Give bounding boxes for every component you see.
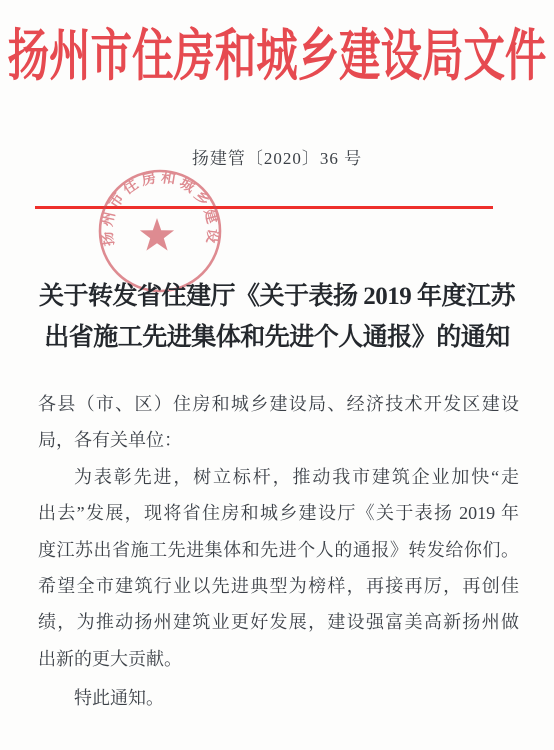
recipient-line: 各县（市、区）住房和城乡建设局、经济技术开发区建设 <box>38 386 519 422</box>
agency-masthead: 扬州市住房和城乡建设局文件 <box>0 10 554 104</box>
paragraph-line: 度江苏出省施工先进集体和先进个人的通报》转发给你们。 <box>38 532 519 568</box>
document-body: 各县（市、区）住房和城乡建设局、经济技术开发区建设 局，各有关单位： 为表彰先进… <box>38 386 519 717</box>
red-divider-rule <box>35 206 493 209</box>
document-title-line1: 关于转发省住建厅《关于表扬 2019 年度江苏 <box>0 276 554 317</box>
paragraph-line: 希望全市建筑行业以先进典型为榜样，再接再厉，再创佳 <box>38 568 519 604</box>
paragraph-line: 为表彰先进，树立标杆，推动我市建筑企业加快“走 <box>38 459 519 495</box>
closing-line: 特此通知。 <box>38 680 519 716</box>
seal-star-icon <box>140 218 174 251</box>
paragraph-line: 出新的更大贡献。 <box>38 641 519 677</box>
document-page: 扬州市住房和城乡建设局文件 扬建管〔2020〕36 号 扬州市住房和城乡建设局 … <box>0 0 554 750</box>
document-number: 扬建管〔2020〕36 号 <box>0 144 554 169</box>
agency-masthead-text: 扬州市住房和城乡建设局文件 <box>8 29 547 85</box>
paragraph-line: 绩，为推动扬州建筑业更好发展，建设强富美高新扬州做 <box>38 604 519 640</box>
document-title: 关于转发省住建厅《关于表扬 2019 年度江苏 出省施工先进集体和先进个人通报》… <box>0 276 554 358</box>
document-title-line2: 出省施工先进集体和先进个人通报》的通知 <box>0 317 554 358</box>
seal-ring <box>100 171 220 291</box>
recipient-line: 局，各有关单位： <box>38 422 519 458</box>
paragraph-line: 出去”发展，现将省住房和城乡建设厅《关于表扬 2019 年 <box>38 495 519 531</box>
